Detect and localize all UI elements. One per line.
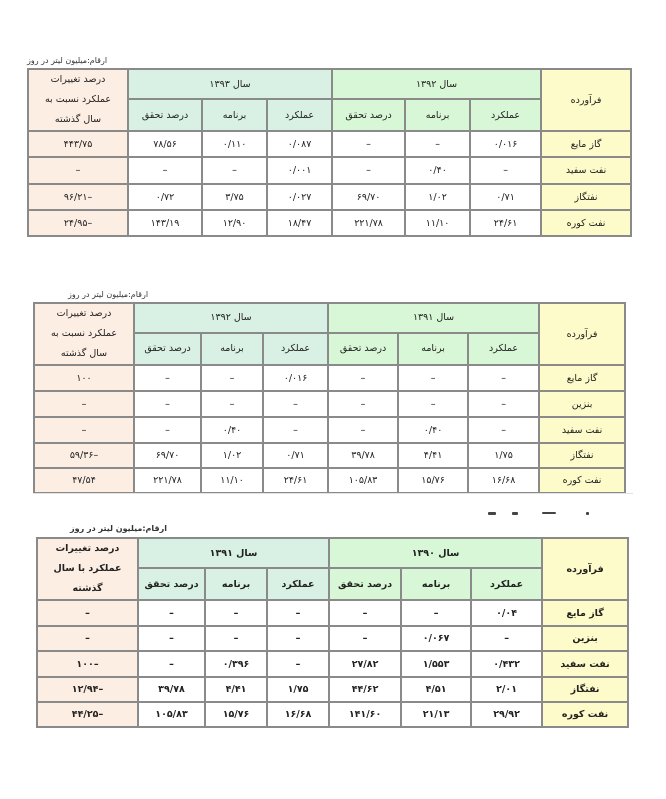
y2-performance-cell: ۱/۷۵ [267,677,329,702]
y1-performance-cell: ۲۴/۶۱ [470,210,541,236]
y2-plan-cell: ۱۵/۷۶ [205,702,267,727]
y2-achievement-cell: ۱۰۵/۸۳ [138,702,205,727]
y1-achievement-cell: ۱۰۵/۸۳ [328,468,398,493]
change-cell: –۴۴/۲۵ [37,702,138,727]
product-cell: گاز مایع [539,365,625,391]
year2-header: سال ۱۳۹۲ [134,303,328,333]
year1-header: سال ۱۳۹۱ [328,303,539,333]
y1-performance-cell: – [468,365,539,391]
unit-note-1: ارقام:میلیون لیتر در روز [27,56,107,65]
y2-performance-cell: ۱۶/۶۸ [267,702,329,727]
y1-achievement-cell: ۳۹/۷۸ [328,443,398,468]
y2-plan-cell: ۰/۳۹۶ [205,651,267,677]
y1-plan-cell: ۰/۴۰ [398,417,468,443]
y2-performance-cell: ۰/۷۱ [263,443,328,468]
scan-artifact-mark [586,512,589,515]
table-row: نفتگاز ۱/۷۵ ۴/۴۱ ۳۹/۷۸ ۰/۷۱ ۱/۰۲ ۶۹/۷۰ –… [34,443,625,468]
change-header: درصد تغییرات عملکرد نسبت به سال گذشته [34,303,134,365]
table-row: نفت سفید – ۰/۴۰ – ۰/۰۰۱ – – – [28,157,631,184]
y1-achievement-cell: – [329,600,401,626]
y1-performance-cell: – [468,417,539,443]
change-header: درصد تغییرات عملکرد با سال گذشته [37,538,138,600]
product-cell: گاز مایع [541,131,631,157]
table-row: نفت کوره ۲۹/۹۲ ۲۱/۱۳ ۱۴۱/۶۰ ۱۶/۶۸ ۱۵/۷۶ … [37,702,628,727]
y2-plan-header: برنامه [205,568,267,600]
y2-performance-cell: – [263,391,328,417]
y1-plan-cell: – [398,391,468,417]
table-row: نفت کوره ۱۶/۶۸ ۱۵/۷۶ ۱۰۵/۸۳ ۲۴/۶۱ ۱۱/۱۰ … [34,468,625,493]
y1-achievement-cell: – [329,626,401,651]
change-cell: ۴۴۳/۷۵ [28,131,128,157]
y1-achievement-header: درصد تحقق [329,568,401,600]
change-cell: – [28,157,128,184]
y2-performance-cell: – [267,600,329,626]
y2-plan-cell: ۰/۱۱۰ [202,131,267,157]
y1-performance-cell: ۱/۷۵ [468,443,539,468]
product-cell: نفتگاز [542,677,628,702]
y1-achievement-cell: – [332,131,405,157]
change-cell: ۱۰۰ [34,365,134,391]
y2-performance-cell: – [267,626,329,651]
y2-achievement-cell: – [138,651,205,677]
table-row: نفتگاز ۰/۷۱ ۱/۰۲ ۶۹/۷۰ ۰/۰۲۷ ۳/۷۵ ۰/۷۲ –… [28,184,631,210]
y1-achievement-cell: ۶۹/۷۰ [332,184,405,210]
change-cell: – [37,600,138,626]
y1-plan-cell: ۰/۴۰ [405,157,470,184]
y2-performance-cell: ۰/۰۰۱ [267,157,332,184]
y1-performance-cell: ۰/۰۴ [471,600,542,626]
change-cell: –۱۰۰ [37,651,138,677]
y2-performance-cell: ۲۴/۶۱ [263,468,328,493]
table-row: گاز مایع ۰/۰۴ – – – – – – [37,600,628,626]
y2-performance-header: عملکرد [263,333,328,365]
table-row: گاز مایع – – – ۰/۰۱۶ – – ۱۰۰ [34,365,625,391]
year1-header: سال ۱۳۹۲ [332,69,541,99]
y2-performance-header: عملکرد [267,568,329,600]
table-row: بنزین – ۰/۰۶۷ – – – – – [37,626,628,651]
y2-achievement-cell: ۲۲۱/۷۸ [134,468,201,493]
y2-performance-cell: ۰/۰۲۷ [267,184,332,210]
y2-achievement-header: درصد تحقق [138,568,205,600]
y1-plan-cell: ۴/۵۱ [401,677,471,702]
year2-header: سال ۱۳۹۳ [128,69,332,99]
y2-plan-cell: – [205,600,267,626]
y1-performance-cell: ۲۹/۹۲ [471,702,542,727]
y1-plan-header: برنامه [405,99,470,131]
product-cell: گاز مایع [542,600,628,626]
unit-note-2: ارقام:میلیون لیتر در روز [68,290,148,299]
product-cell: نفت کوره [541,210,631,236]
y1-plan-header: برنامه [398,333,468,365]
table-row: بنزین – – – – – – – [34,391,625,417]
table-1391-vs-1390: فرآورده سال ۱۳۹۰ سال ۱۳۹۱ درصد تغییرات ع… [36,537,629,728]
y2-performance-cell: – [267,651,329,677]
y2-plan-header: برنامه [201,333,263,365]
y1-plan-cell: ۱۵/۷۶ [398,468,468,493]
y2-performance-cell: ۰/۰۱۶ [263,365,328,391]
y1-achievement-header: درصد تحقق [328,333,398,365]
y1-plan-cell: ۱/۵۵۳ [401,651,471,677]
change-cell: –۹۶/۲۱ [28,184,128,210]
product-cell: بنزین [542,626,628,651]
scan-artifact-mark [512,512,518,515]
table-1393-vs-1392: فرآورده سال ۱۳۹۲ سال ۱۳۹۳ درصد تغییرات ع… [27,68,632,237]
product-header: فرآورده [539,303,625,365]
y2-achievement-cell: – [134,365,201,391]
table-row: نفت سفید – ۰/۴۰ – – ۰/۴۰ – – [34,417,625,443]
change-cell: –۵۹/۳۶ [34,443,134,468]
y1-performance-cell: – [468,391,539,417]
y1-plan-cell: ۱۱/۱۰ [405,210,470,236]
product-cell: نفت سفید [539,417,625,443]
unit-note-3: ارقام:میلیون لیتر در روز [70,524,167,533]
table-1392-vs-1391: فرآورده سال ۱۳۹۱ سال ۱۳۹۲ درصد تغییرات ع… [33,302,626,494]
product-cell: بنزین [539,391,625,417]
scan-artifact-line [33,493,633,494]
y1-performance-cell: ۰/۰۱۶ [470,131,541,157]
y2-achievement-cell: ۷۸/۵۶ [128,131,202,157]
y1-performance-header: عملکرد [470,99,541,131]
y1-performance-cell: ۰/۷۱ [470,184,541,210]
change-cell: – [37,626,138,651]
y1-plan-header: برنامه [401,568,471,600]
y2-plan-cell: – [201,391,263,417]
product-cell: نفت کوره [542,702,628,727]
y2-achievement-cell: ۶۹/۷۰ [134,443,201,468]
change-cell: ۴۷/۵۴ [34,468,134,493]
y2-performance-header: عملکرد [267,99,332,131]
product-cell: نفت کوره [539,468,625,493]
y2-plan-cell: ۱/۰۲ [201,443,263,468]
year2-header: سال ۱۳۹۱ [138,538,329,568]
y2-plan-cell: ۴/۴۱ [205,677,267,702]
y2-performance-cell: ۱۸/۴۷ [267,210,332,236]
y2-plan-cell: ۰/۴۰ [201,417,263,443]
table-row: نفت کوره ۲۴/۶۱ ۱۱/۱۰ ۲۲۱/۷۸ ۱۸/۴۷ ۱۲/۹۰ … [28,210,631,236]
y1-achievement-cell: ۴۴/۶۲ [329,677,401,702]
y2-achievement-header: درصد تحقق [134,333,201,365]
y1-plan-cell: ۱/۰۲ [405,184,470,210]
y2-plan-cell: ۱۲/۹۰ [202,210,267,236]
y2-achievement-cell: – [138,600,205,626]
change-cell: – [34,391,134,417]
table-row: نفت سفید ۰/۴۳۲ ۱/۵۵۳ ۲۷/۸۲ – ۰/۳۹۶ – –۱۰… [37,651,628,677]
y1-achievement-cell: ۱۴۱/۶۰ [329,702,401,727]
y1-achievement-cell: – [328,365,398,391]
y1-achievement-cell: – [328,417,398,443]
y1-plan-cell: – [405,131,470,157]
y2-achievement-cell: – [134,391,201,417]
y1-plan-cell: ۲۱/۱۳ [401,702,471,727]
y2-plan-cell: – [201,365,263,391]
y2-plan-cell: ۳/۷۵ [202,184,267,210]
y1-performance-header: عملکرد [468,333,539,365]
y1-achievement-cell: – [332,157,405,184]
y1-plan-cell: ۰/۰۶۷ [401,626,471,651]
y2-plan-cell: – [205,626,267,651]
y2-achievement-cell: – [138,626,205,651]
y2-performance-cell: ۰/۰۸۷ [267,131,332,157]
y2-plan-cell: ۱۱/۱۰ [201,468,263,493]
change-cell: – [34,417,134,443]
y1-plan-cell: ۴/۴۱ [398,443,468,468]
table-row: گاز مایع ۰/۰۱۶ – – ۰/۰۸۷ ۰/۱۱۰ ۷۸/۵۶ ۴۴۳… [28,131,631,157]
y1-performance-cell: ۲/۰۱ [471,677,542,702]
y2-plan-cell: – [202,157,267,184]
y2-achievement-header: درصد تحقق [128,99,202,131]
y2-achievement-cell: – [128,157,202,184]
y1-plan-cell: – [398,365,468,391]
y1-achievement-header: درصد تحقق [332,99,405,131]
y2-achievement-cell: ۳۹/۷۸ [138,677,205,702]
change-cell: –۱۲/۹۴ [37,677,138,702]
y1-achievement-cell: ۲۷/۸۲ [329,651,401,677]
y1-plan-cell: – [401,600,471,626]
y1-performance-cell: ۰/۴۳۲ [471,651,542,677]
product-cell: نفتگاز [539,443,625,468]
y1-performance-cell: – [471,626,542,651]
product-header: فرآورده [542,538,628,600]
y1-performance-header: عملکرد [471,568,542,600]
scan-artifact-mark [488,512,496,515]
change-cell: –۲۴/۹۵ [28,210,128,236]
change-header: درصد تغییرات عملکرد نسبت به سال گذشته [28,69,128,131]
y2-achievement-cell: – [134,417,201,443]
y1-achievement-cell: ۲۲۱/۷۸ [332,210,405,236]
y1-performance-cell: – [470,157,541,184]
product-cell: نفت سفید [542,651,628,677]
year1-header: سال ۱۳۹۰ [329,538,542,568]
product-cell: نفت سفید [541,157,631,184]
y2-plan-header: برنامه [202,99,267,131]
y2-performance-cell: – [263,417,328,443]
scan-artifact-mark [542,512,556,514]
y1-performance-cell: ۱۶/۶۸ [468,468,539,493]
y1-achievement-cell: – [328,391,398,417]
table-row: نفتگاز ۲/۰۱ ۴/۵۱ ۴۴/۶۲ ۱/۷۵ ۴/۴۱ ۳۹/۷۸ –… [37,677,628,702]
product-cell: نفتگاز [541,184,631,210]
y2-achievement-cell: ۰/۷۲ [128,184,202,210]
y2-achievement-cell: ۱۴۳/۱۹ [128,210,202,236]
product-header: فرآورده [541,69,631,131]
